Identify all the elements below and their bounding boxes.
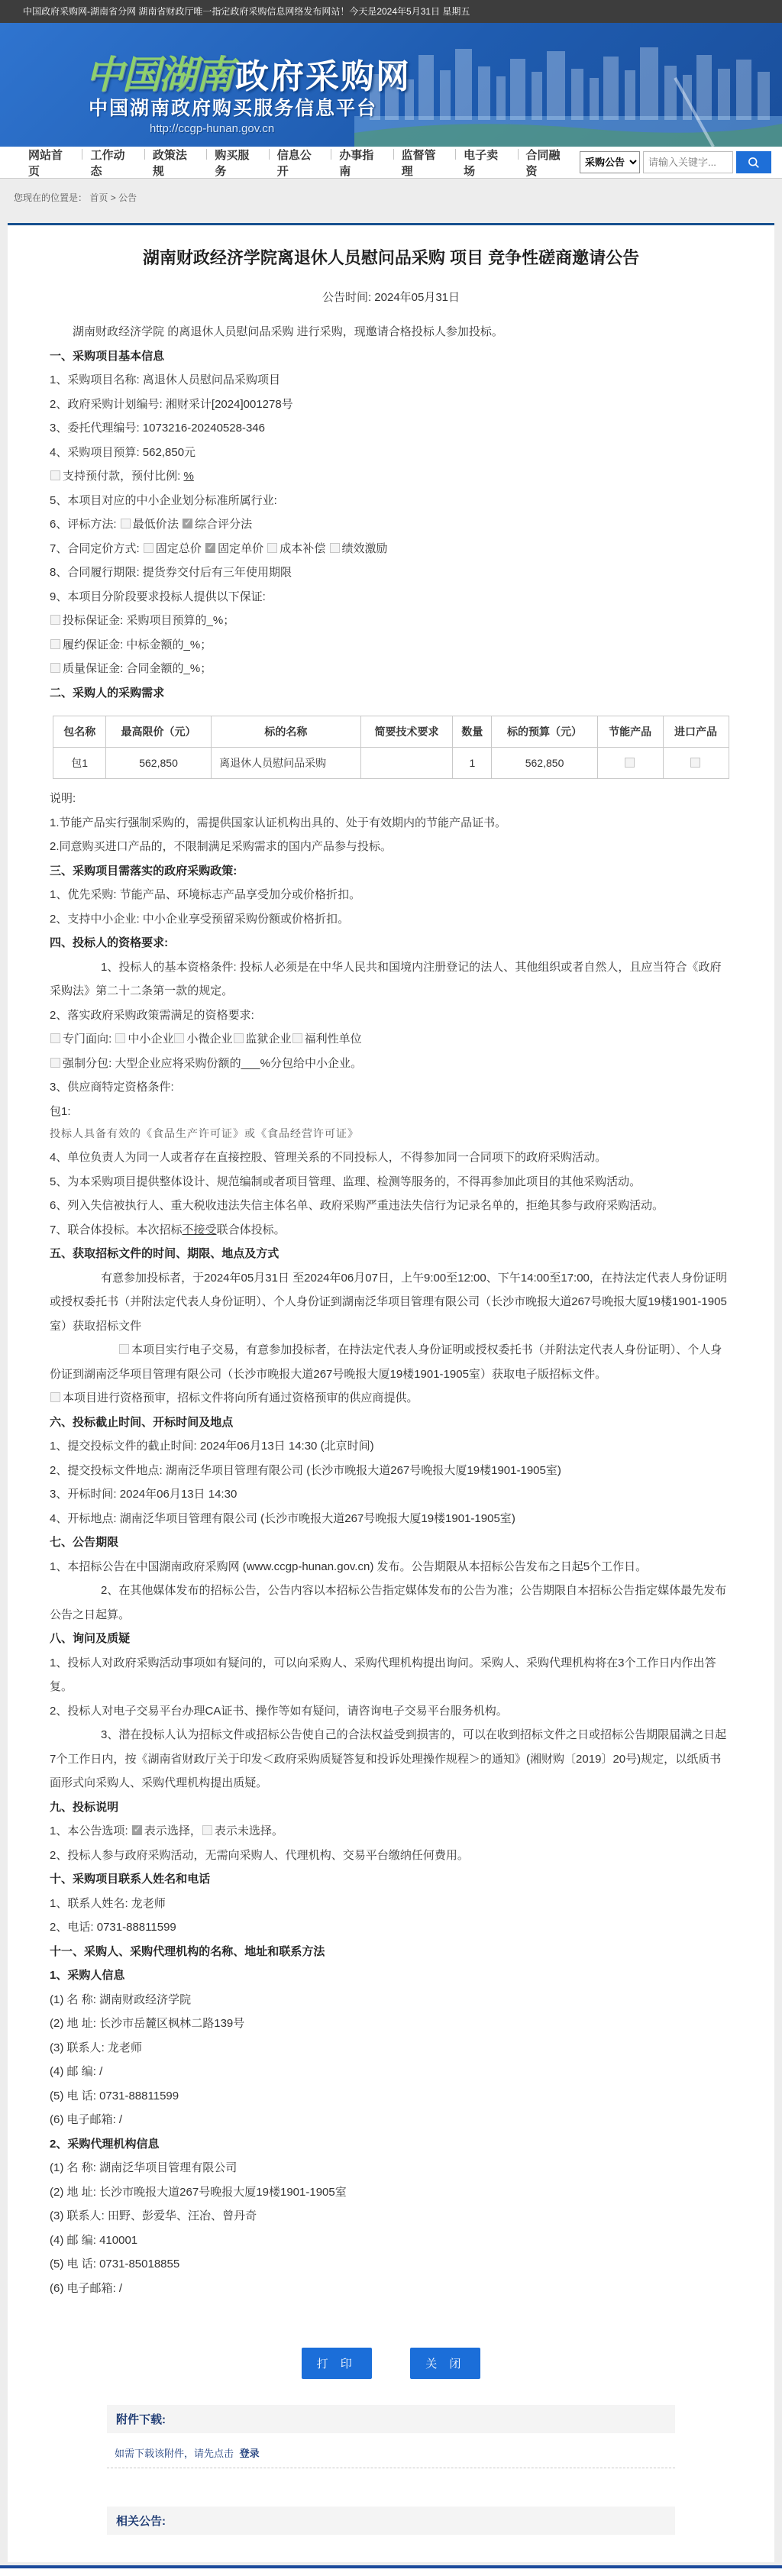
- close-button[interactable]: 关 闭: [410, 2348, 480, 2379]
- article-paragraph: (4) 邮 编: /: [50, 2060, 732, 2084]
- article-heading: 十一、采购人、采购代理机构的名称、地址和联系方法: [50, 1940, 732, 1964]
- article-paragraph: 7、合同定价方式: 固定总价 固定单价 成本补偿 绩效激励: [50, 537, 732, 561]
- article-paragraph: 2、落实政府采购政策需满足的资格要求:: [50, 1004, 732, 1028]
- site-slogan: 中国政府采购网-湖南省分网 湖南省财政厅唯一指定政府采购信息网络发布网站！今天是…: [23, 6, 470, 17]
- article-paragraph: 1、提交投标文件的截止时间: 2024年06月13日 14:30 (北京时间): [50, 1434, 732, 1459]
- table-cell: [597, 748, 663, 779]
- article-paragraph: 1、本招标公告在中国湖南政府采购网 (www.ccgp-hunan.gov.cn…: [50, 1555, 732, 1579]
- article-heading: 2、采购代理机构信息: [50, 2132, 732, 2157]
- table-row: 包1562,850离退休人员慰问品采购1562,850: [53, 748, 729, 779]
- article-paragraph: (1) 名 称: 湖南泛华项目管理有限公司: [50, 2156, 732, 2180]
- article-paragraph: 履约保证金: 中标金额的_%；: [50, 633, 732, 658]
- unchecked-checkbox-icon: [690, 758, 700, 768]
- related-title: 相关公告:: [116, 2515, 166, 2528]
- article-paragraph: (1) 名 称: 湖南财政经济学院: [50, 1988, 732, 2012]
- article-paragraph: 湖南财政经济学院 的离退休人员慰问品采购 进行采购，现邀请合格投标人参加投标。: [50, 320, 732, 344]
- article-heading: 四、投标人的资格要求:: [50, 931, 732, 955]
- article-paragraph: (2) 地 址: 长沙市岳麓区枫林二路139号: [50, 2012, 732, 2036]
- unchecked-checkbox-icon: [50, 1058, 60, 1068]
- search-box: 采购公告: [580, 151, 771, 173]
- article-paragraph: 3、供应商特定资格条件:: [50, 1075, 732, 1100]
- attachment-title: 附件下载:: [116, 2413, 166, 2426]
- article-paragraph: 1.节能产品实行强制采购的，需提供国家认证机构出具的、处于有效期内的节能产品证书…: [50, 811, 732, 836]
- related-header: 相关公告:: [107, 2507, 675, 2535]
- table-cell: 1: [453, 748, 492, 779]
- site-logo: 中国湖南政府采购网: [86, 44, 411, 99]
- article-heading: 五、获取招标文件的时间、期限、地点及方式: [50, 1242, 732, 1266]
- breadcrumb-home-link[interactable]: 首页: [89, 192, 108, 203]
- search-input[interactable]: [643, 151, 733, 173]
- article-paragraph: 1、投标人的基本资格条件: 投标人必须是在中华人民共和国境内注册登记的法人、其他…: [50, 955, 732, 1004]
- announcement-panel: 湖南财政经济学院离退休人员慰问品采购 项目 竞争性磋商邀请公告 公告时间: 20…: [8, 223, 774, 2562]
- breadcrumb: 您现在的位置是： 首页 > 公告: [0, 179, 782, 223]
- unchecked-checkbox-icon: [50, 470, 60, 480]
- table-header-cell: 节能产品: [597, 716, 663, 748]
- table-cell: 562,850: [105, 748, 211, 779]
- table-header-cell: 简要技术要求: [360, 716, 453, 748]
- checked-checkbox-icon: [205, 543, 215, 553]
- unchecked-checkbox-icon: [119, 1344, 129, 1354]
- nav-item[interactable]: 工作动态: [82, 147, 144, 179]
- banner-subtitle: 中国湖南政府购买服务信息平台: [89, 93, 377, 121]
- article-paragraph: 质量保证金: 合同金额的_%；: [50, 657, 732, 681]
- attachment-section: 附件下载: 如需下载该附件，请先点击 登录: [107, 2405, 675, 2468]
- article-paragraph: 1、投标人对政府采购活动事项如有疑问的，可以向采购人、采购代理机构提出询问。采购…: [50, 1651, 732, 1699]
- attachment-hint-row: 如需下载该附件，请先点击 登录: [107, 2433, 675, 2468]
- article-paragraph: 8、合同履行期限: 提货券交付后有三年使用期限: [50, 561, 732, 585]
- print-button[interactable]: 打 印: [302, 2348, 372, 2379]
- table-cell: 562,850: [492, 748, 597, 779]
- unchecked-checkbox-icon: [50, 615, 60, 625]
- nav-item[interactable]: 信息公开: [269, 147, 331, 179]
- table-header-cell: 包名称: [53, 716, 105, 748]
- article-heading: 六、投标截止时间、开标时间及地点: [50, 1411, 732, 1435]
- article-heading: 三、采购项目需落实的政府采购政策:: [50, 859, 732, 884]
- nav-item[interactable]: 购买服务: [206, 147, 268, 179]
- article-paragraph: 3、潜在投标人认为招标文件或招标公告使自己的合法权益受到损害的，可以在收到招标文…: [50, 1723, 732, 1795]
- article-paragraph: 2、投标人参与政府采购活动，无需向采购人、代理机构、交易平台缴纳任何费用。: [50, 1844, 732, 1868]
- article-paragraph: 专门面向: 中小企业小微企业监狱企业福利性单位: [50, 1027, 732, 1052]
- checked-checkbox-icon: [183, 519, 192, 528]
- article-paragraph: 3、委托代理编号: 1073216-20240528-346: [50, 416, 732, 441]
- article-paragraph: (5) 电 话: 0731-88811599: [50, 2084, 732, 2109]
- table-header-cell: 标的预算（元）: [492, 716, 597, 748]
- article-heading: 二、采购人的采购需求: [50, 681, 732, 706]
- article-paragraph: 4、开标地点: 湖南泛华项目管理有限公司 (长沙市晚报大道267号晚报大厦19楼…: [50, 1507, 732, 1531]
- unchecked-checkbox-icon: [50, 1392, 60, 1402]
- article-paragraph: 支持预付款，预付比例: %: [50, 464, 732, 489]
- article-paragraph: 2、在其他媒体发布的招标公告，公告内容以本招标公告指定媒体发布的公告为准；公告期…: [50, 1579, 732, 1627]
- article-paragraph: 5、本项目对应的中小企业划分标准所属行业:: [50, 489, 732, 513]
- article-heading: 九、投标说明: [50, 1795, 732, 1820]
- article-paragraph: 1、联系人姓名: 龙老师: [50, 1892, 732, 1916]
- search-button[interactable]: [736, 151, 771, 173]
- unchecked-checkbox-icon: [50, 663, 60, 673]
- article-heading: 1、采购人信息: [50, 1964, 732, 1988]
- article-paragraph: 强制分包: 大型企业应将采购份额的___%分包给中小企业。: [50, 1052, 732, 1076]
- article-paragraph: 投标人具备有效的《食品生产许可证》或《食品经营许可证》: [50, 1123, 732, 1146]
- banner-url: http://ccgp-hunan.gov.cn: [150, 122, 274, 135]
- article-paragraph: 有意参加投标者，于2024年05月31日 至2024年06月07日，上午9:00…: [50, 1266, 732, 1339]
- logo-main-text: 政府采购网: [235, 58, 411, 95]
- table-cell: 包1: [53, 748, 105, 779]
- action-buttons: 打 印 关 闭: [50, 2348, 732, 2379]
- table-header-cell: 进口产品: [663, 716, 729, 748]
- related-announcements-section: 相关公告:: [107, 2507, 675, 2535]
- article-paragraph: 4、采购项目预算: 562,850元: [50, 441, 732, 465]
- footer-space: [0, 2568, 782, 2576]
- article-paragraph: 1、优先采购: 节能产品、环境标志产品享受加分或价格折扣。: [50, 883, 732, 907]
- breadcrumb-prefix: 您现在的位置是：: [14, 192, 87, 203]
- unchecked-checkbox-icon: [174, 1033, 184, 1043]
- unchecked-checkbox-icon: [292, 1033, 302, 1043]
- nav-item[interactable]: 合同融资: [518, 147, 580, 179]
- article-paragraph: (4) 邮 编: 410001: [50, 2229, 732, 2253]
- unchecked-checkbox-icon: [234, 1033, 244, 1043]
- article-paragraph: 1、本公告选项: 表示选择，表示未选择。: [50, 1819, 732, 1844]
- table-header-cell: 标的名称: [212, 716, 360, 748]
- article-paragraph: 2、政府采购计划编号: 湘财采计[2024]001278号: [50, 393, 732, 417]
- article-paragraph: 6、列入失信被执行人、重大税收违法失信主体名单、政府采购严重违法失信行为记录名单…: [50, 1194, 732, 1218]
- article-paragraph: (5) 电 话: 0731-85018855: [50, 2252, 732, 2277]
- page-title: 湖南财政经济学院离退休人员慰问品采购 项目 竞争性磋商邀请公告: [50, 245, 732, 269]
- nav-item[interactable]: 监督管理: [393, 147, 455, 179]
- article-heading: 一、采购项目基本信息: [50, 344, 732, 369]
- search-category-select[interactable]: 采购公告: [580, 151, 640, 173]
- attachment-header: 附件下载:: [107, 2405, 675, 2433]
- login-link[interactable]: 登录: [240, 2448, 260, 2459]
- table-header-cell: 数量: [453, 716, 492, 748]
- publish-date: 公告时间: 2024年05月31日: [50, 289, 732, 305]
- attachment-hint: 如需下载该附件，请先点击: [115, 2448, 234, 2459]
- article-heading: 八、询问及质疑: [50, 1627, 732, 1651]
- article-paragraph: 说明:: [50, 787, 732, 811]
- article-paragraph: 7、联合体投标。本次招标不接受联合体投标。: [50, 1218, 732, 1243]
- nav-item[interactable]: 办事指南: [331, 147, 393, 179]
- unchecked-checkbox-icon: [625, 758, 635, 768]
- table-header-row: 包名称最高限价（元）标的名称简要技术要求数量标的预算（元）节能产品进口产品: [53, 716, 729, 748]
- article-paragraph: 本项目进行资格预审，招标文件将向所有通过资格预审的供应商提供。: [50, 1386, 732, 1411]
- unchecked-checkbox-icon: [267, 543, 277, 553]
- table-header-cell: 最高限价（元）: [105, 716, 211, 748]
- article-paragraph: 5、为本采购项目提供整体设计、规范编制或者项目管理、监理、检测等服务的，不得再参…: [50, 1170, 732, 1194]
- breadcrumb-separator: >: [111, 192, 116, 203]
- table-cell: 离退休人员慰问品采购: [212, 748, 360, 779]
- article-paragraph: (3) 联系人: 龙老师: [50, 2036, 732, 2060]
- logo-calligraphy-text: 中国湖南: [86, 53, 232, 96]
- article-paragraph: 2.同意购买进口产品的，不限制满足采购需求的国内产品参与投标。: [50, 835, 732, 859]
- unchecked-checkbox-icon: [330, 543, 340, 553]
- top-utility-bar: 中国政府采购网-湖南省分网 湖南省财政厅唯一指定政府采购信息网络发布网站！今天是…: [0, 0, 782, 23]
- article-paragraph: 1、采购项目名称: 离退休人员慰问品采购项目: [50, 368, 732, 393]
- article-paragraph: (2) 地 址: 长沙市晚报大道267号晚报大厦19楼1901-1905室: [50, 2180, 732, 2205]
- announcement-body: 湖南财政经济学院 的离退休人员慰问品采购 进行采购，现邀请合格投标人参加投标。一…: [50, 320, 732, 2300]
- article-paragraph: 2、投标人对电子交易平台办理CA证书、操作等如有疑问，请咨询电子交易平台服务机构…: [50, 1699, 732, 1724]
- nav-item[interactable]: 网站首页: [20, 147, 82, 179]
- unchecked-checkbox-icon: [144, 543, 153, 553]
- article-heading: 七、公告期限: [50, 1530, 732, 1555]
- section-gap: [50, 2468, 732, 2507]
- article-paragraph: 9、本项目分阶段要求投标人提供以下保证:: [50, 585, 732, 609]
- nav-item[interactable]: 电子卖场: [455, 147, 517, 179]
- article-paragraph: 4、单位负责人为同一人或者存在直接控股、管理关系的不同投标人，不得参加同一合同项…: [50, 1146, 732, 1170]
- unchecked-checkbox-icon: [115, 1033, 125, 1043]
- search-icon: [747, 156, 761, 170]
- nav-menu: 网站首页工作动态政策法规购买服务信息公开办事指南监督管理电子卖场合同融资: [20, 147, 580, 179]
- city-skyline-image: [354, 32, 782, 147]
- article-paragraph: (3) 联系人: 田野、彭爱华、汪冶、曾丹奇: [50, 2204, 732, 2229]
- nav-item[interactable]: 政策法规: [144, 147, 206, 179]
- site-banner: 中国湖南政府采购网 中国湖南政府购买服务信息平台 http://ccgp-hun…: [0, 23, 782, 147]
- article-paragraph: 2、支持中小企业: 中小企业享受预留采购份额或价格折扣。: [50, 907, 732, 932]
- article-paragraph: 6、评标方法: 最低价法 综合评分法: [50, 512, 732, 537]
- breadcrumb-current-link[interactable]: 公告: [118, 192, 137, 203]
- unchecked-checkbox-icon: [50, 1033, 60, 1043]
- article-paragraph: (6) 电子邮箱: /: [50, 2108, 732, 2132]
- table-cell: [360, 748, 453, 779]
- article-paragraph: 2、提交投标文件地点: 湖南泛华项目管理有限公司 (长沙市晚报大道267号晚报大…: [50, 1459, 732, 1483]
- article-paragraph: 3、开标时间: 2024年06月13日 14:30: [50, 1482, 732, 1507]
- article-paragraph: 投标保证金: 采购项目预算的_%；: [50, 609, 732, 633]
- article-paragraph: 本项目实行电子交易，有意参加投标者，在持法定代表人身份证明或授权委托书（并附法定…: [50, 1338, 732, 1386]
- page: 中国政府采购网-湖南省分网 湖南省财政厅唯一指定政府采购信息网络发布网站！今天是…: [0, 0, 782, 2576]
- unchecked-checkbox-icon: [121, 519, 131, 528]
- article-paragraph: 2、电话: 0731-88811599: [50, 1915, 732, 1940]
- main-navbar: 网站首页工作动态政策法规购买服务信息公开办事指南监督管理电子卖场合同融资 采购公…: [0, 147, 782, 179]
- checked-checkbox-icon: [132, 1825, 142, 1835]
- requirement-table: 包名称最高限价（元）标的名称简要技术要求数量标的预算（元）节能产品进口产品包15…: [53, 716, 729, 779]
- unchecked-checkbox-icon: [202, 1825, 212, 1835]
- article-paragraph: 包1:: [50, 1100, 732, 1124]
- article-heading: 十、采购项目联系人姓名和电话: [50, 1867, 732, 1892]
- table-cell: [663, 748, 729, 779]
- unchecked-checkbox-icon: [50, 639, 60, 649]
- article-paragraph: (6) 电子邮箱: /: [50, 2277, 732, 2301]
